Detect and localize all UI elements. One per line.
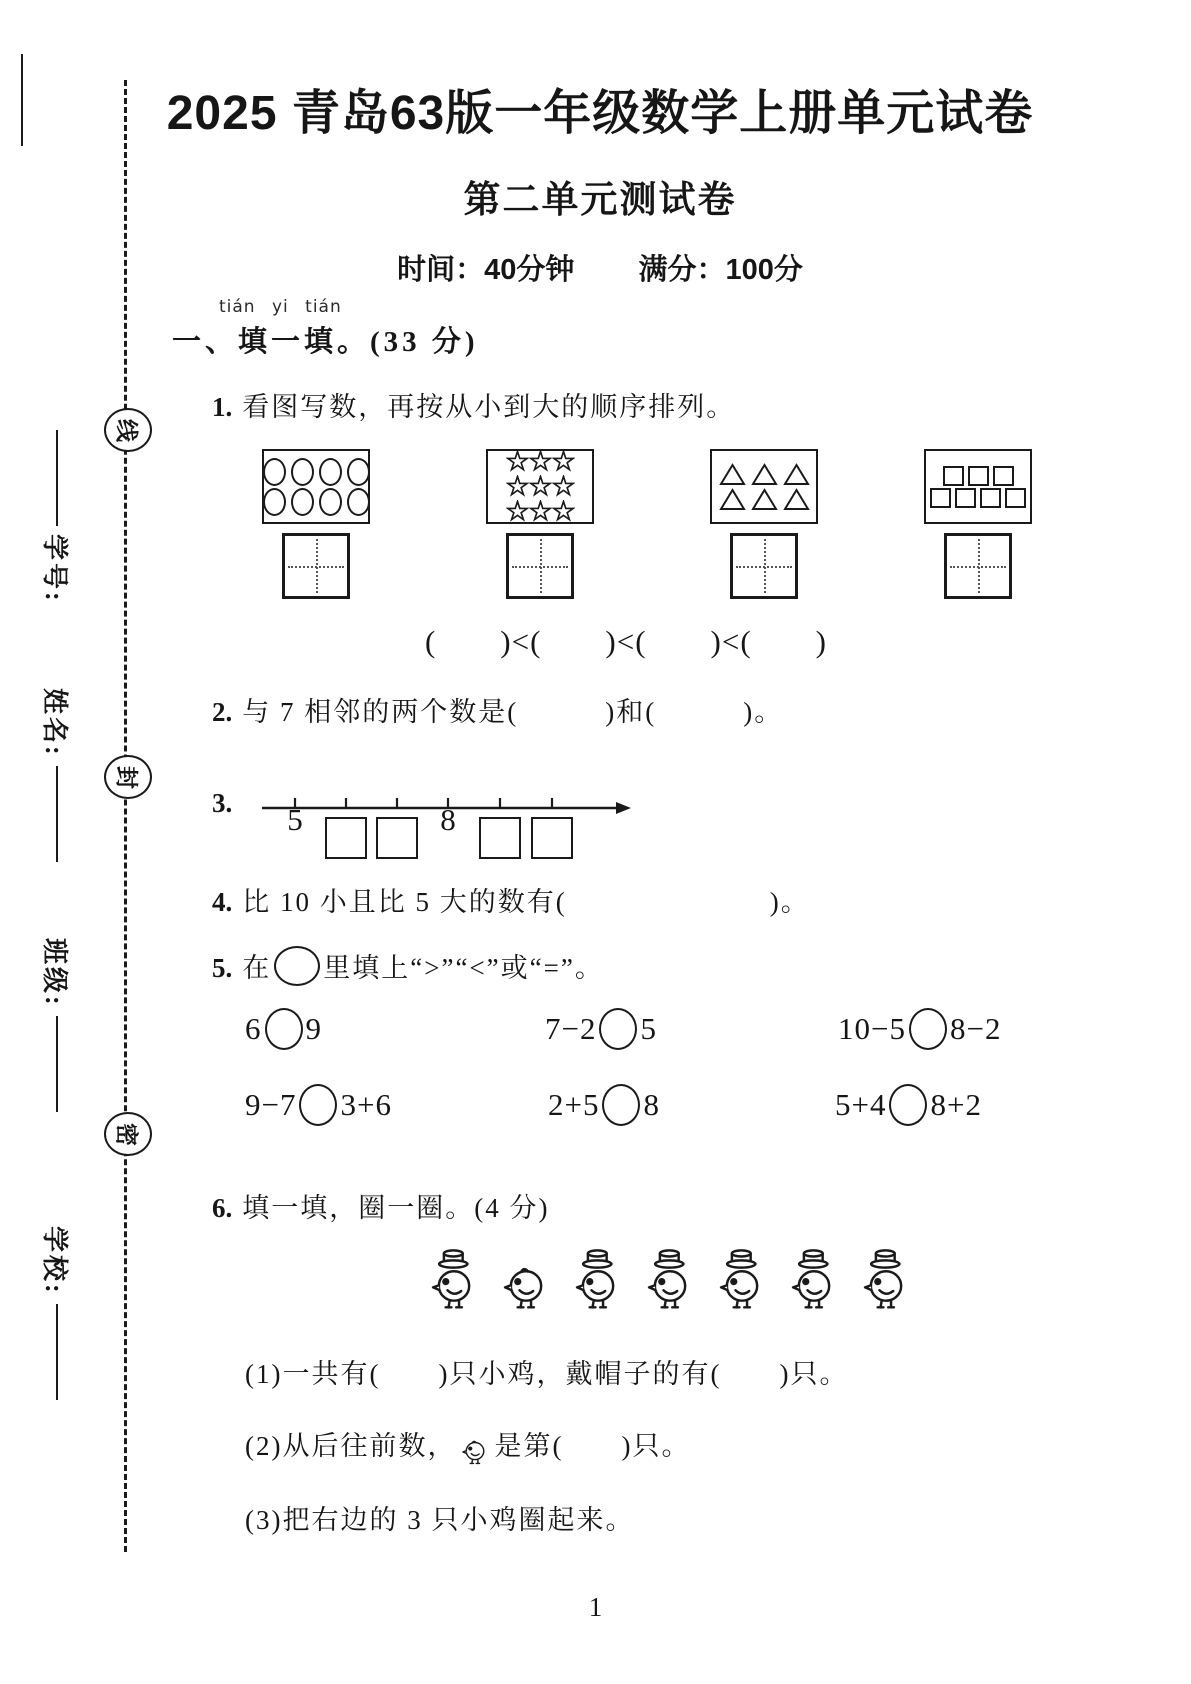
question-6-sub3: (3)把右边的 3 只小鸡圈起来。	[245, 1498, 634, 1537]
chick-with-hat-icon	[428, 1246, 480, 1310]
expression-right: 5	[640, 1011, 657, 1046]
q5-expression: 7−25	[545, 1008, 657, 1050]
shape-square-icon	[980, 488, 1001, 508]
margin-label-3: 班级:	[36, 938, 78, 1138]
q5-expression: 69	[245, 1008, 322, 1050]
shape-star-icon	[506, 475, 529, 498]
expression-right: 9	[306, 1011, 323, 1046]
chick-with-hat-icon	[788, 1246, 840, 1310]
question-3-number: 3.	[212, 788, 232, 819]
shape-square-icon	[943, 466, 964, 486]
seal-dashed-line	[124, 80, 127, 1552]
shape-row	[263, 488, 370, 516]
expression-left: 9−7	[245, 1087, 296, 1122]
section-1-heading: 一、填一填。(33 分)	[172, 319, 479, 360]
question-5: 5.在里填上“>”“<”或“=”。	[212, 946, 604, 986]
numberline-label: 5	[287, 802, 303, 838]
q5-expression: 9−73+6	[245, 1084, 392, 1126]
chick-row	[428, 1246, 912, 1310]
shape-oval-icon	[347, 488, 370, 516]
numberline-answer-box	[531, 817, 573, 859]
question-5-suffix: 里填上“>”“<”或“=”。	[323, 953, 604, 983]
shape-oval-icon	[347, 458, 370, 486]
chick-with-hat-icon	[860, 1246, 912, 1310]
grid-hline	[512, 566, 568, 568]
exam-info: 时间：40分钟 满分：100分	[146, 247, 1054, 288]
q5-expression: 5+48+2	[835, 1084, 982, 1126]
question-2: 2.与 7 相邻的两个数是( )和( )。	[212, 690, 783, 729]
question-6-number: 6.	[212, 1193, 232, 1223]
question-2-text: 与 7 相邻的两个数是( )和( )。	[242, 697, 783, 727]
chick-with-hat-icon	[572, 1246, 624, 1310]
shape-star-icon	[506, 450, 529, 473]
full-score: 满分：100分	[638, 247, 802, 288]
shape-square-icon	[930, 488, 951, 508]
shape-group-triangle	[710, 449, 818, 524]
shape-triangle-icon	[719, 463, 746, 486]
question-1-number: 1.	[212, 392, 232, 422]
shape-oval-icon	[291, 458, 314, 486]
question-1-text: 看图写数，再按从小到大的顺序排列。	[242, 392, 735, 422]
blank-line	[56, 1304, 58, 1400]
shape-row	[719, 488, 810, 511]
shape-star-icon	[552, 450, 575, 473]
time-limit: 时间：40分钟	[397, 247, 574, 288]
seal-char-circle: 封	[104, 755, 152, 799]
shape-oval-icon	[263, 458, 286, 486]
margin-label-text: 学校:	[39, 1226, 76, 1296]
margin-label-text: 学号:	[39, 534, 76, 604]
shape-row	[930, 488, 1026, 508]
grid-hline	[288, 566, 344, 568]
shape-triangle-icon	[751, 488, 778, 511]
shape-star-icon	[529, 450, 552, 473]
expression-left: 6	[245, 1011, 262, 1046]
chick-no-hat-icon	[500, 1246, 552, 1310]
question-6-sub1: (1)一共有( )只小鸡，戴帽子的有( )只。	[245, 1352, 848, 1391]
expression-left: 10−5	[838, 1011, 906, 1046]
expression-right: 8	[643, 1087, 660, 1122]
question-4: 4.比 10 小且比 5 大的数有( )。	[212, 880, 810, 919]
numberline-answer-box	[325, 817, 367, 859]
margin-label-text: 姓名:	[39, 688, 76, 758]
shape-row	[719, 463, 810, 486]
shape-square-icon	[1005, 488, 1026, 508]
seal-char: 线	[112, 419, 145, 442]
compare-blanks-line: ( )<( )<( )<( )	[212, 616, 1040, 661]
pinyin-annotation: tián yi tián	[219, 297, 342, 317]
shape-group-star	[486, 449, 594, 524]
margin-label-1: 学号:	[36, 430, 78, 622]
numberline-answer-box	[479, 817, 521, 859]
shape-oval-icon	[319, 458, 342, 486]
compare-circle	[265, 1008, 303, 1050]
shape-star-icon	[506, 500, 529, 523]
chick-with-hat-icon	[644, 1246, 696, 1310]
shape-square-icon	[955, 488, 976, 508]
answer-grid	[282, 533, 350, 599]
question-6-sub2-prefix: (2)从后往前数，	[245, 1431, 456, 1461]
expression-left: 5+4	[835, 1087, 886, 1122]
expression-right: 8−2	[950, 1011, 1001, 1046]
shape-oval-icon	[263, 488, 286, 516]
margin-label-2: 姓名:	[36, 688, 78, 880]
shape-square-icon	[968, 466, 989, 486]
shape-triangle-icon	[719, 488, 746, 511]
q5-expression: 10−58−2	[838, 1008, 1001, 1050]
shape-triangle-icon	[751, 463, 778, 486]
shape-row	[506, 475, 575, 498]
blank-circle	[274, 946, 320, 986]
seal-char: 密	[112, 1123, 145, 1146]
blank-line	[56, 1016, 58, 1112]
shape-star-icon	[552, 500, 575, 523]
shape-triangle-icon	[783, 488, 810, 511]
answer-grid	[944, 533, 1012, 599]
shape-oval-icon	[319, 488, 342, 516]
shape-triangle-icon	[783, 463, 810, 486]
seal-char: 封	[112, 766, 145, 789]
grid-hline	[950, 566, 1006, 568]
shape-row	[263, 458, 370, 486]
question-6-sub2-suffix: 是第( )只。	[494, 1431, 690, 1461]
shape-group-oval	[262, 449, 370, 524]
shape-star-icon	[529, 475, 552, 498]
shape-star-icon	[552, 475, 575, 498]
page-number: 1	[0, 1592, 1191, 1623]
answer-grid	[730, 533, 798, 599]
chick-with-hat-icon	[716, 1246, 768, 1310]
numberline-label: 8	[440, 802, 456, 838]
question-4-text: 比 10 小且比 5 大的数有( )。	[242, 887, 809, 917]
question-1: 1.看图写数，再按从小到大的顺序排列。	[212, 385, 735, 424]
compare-circle	[599, 1008, 637, 1050]
question-6: 6.填一填，圈一圈。(4 分)	[212, 1186, 549, 1225]
question-5-number: 5.	[212, 953, 232, 983]
shape-group-square	[924, 449, 1032, 524]
margin-label-text: 班级:	[39, 938, 76, 1008]
exam-title: 2025 青岛63版一年级数学上册单元试卷	[146, 74, 1054, 143]
blank-line	[56, 766, 58, 862]
shape-square-icon	[993, 466, 1014, 486]
shape-star-icon	[529, 500, 552, 523]
exam-subtitle: 第二单元测试卷	[146, 169, 1054, 223]
shape-row	[506, 450, 575, 473]
expression-right: 3+6	[340, 1087, 391, 1122]
chick-icon	[460, 1428, 490, 1472]
blank-line	[21, 54, 23, 146]
seal-char-circle: 密	[104, 1112, 152, 1156]
margin-label-4: 学校:	[36, 1226, 78, 1422]
question-2-number: 2.	[212, 697, 232, 727]
compare-circle	[299, 1084, 337, 1126]
compare-circle	[602, 1084, 640, 1126]
question-4-number: 4.	[212, 887, 232, 917]
expression-right: 8+2	[930, 1087, 981, 1122]
shape-oval-icon	[291, 488, 314, 516]
question-6-sub2: (2)从后往前数，是第( )只。	[245, 1424, 690, 1472]
shape-row	[943, 466, 1014, 486]
expression-left: 7−2	[545, 1011, 596, 1046]
compare-circle	[909, 1008, 947, 1050]
question-5-prefix: 在	[242, 953, 271, 983]
blank-line	[56, 430, 58, 526]
expression-left: 2+5	[548, 1087, 599, 1122]
q5-expression: 2+58	[548, 1084, 660, 1126]
seal-char-circle: 线	[104, 408, 152, 452]
grid-hline	[736, 566, 792, 568]
shape-row	[506, 500, 575, 523]
answer-grid	[506, 533, 574, 599]
question-6-text: 填一填，圈一圈。(4 分)	[242, 1193, 549, 1223]
compare-circle	[889, 1084, 927, 1126]
numberline-answer-box	[376, 817, 418, 859]
